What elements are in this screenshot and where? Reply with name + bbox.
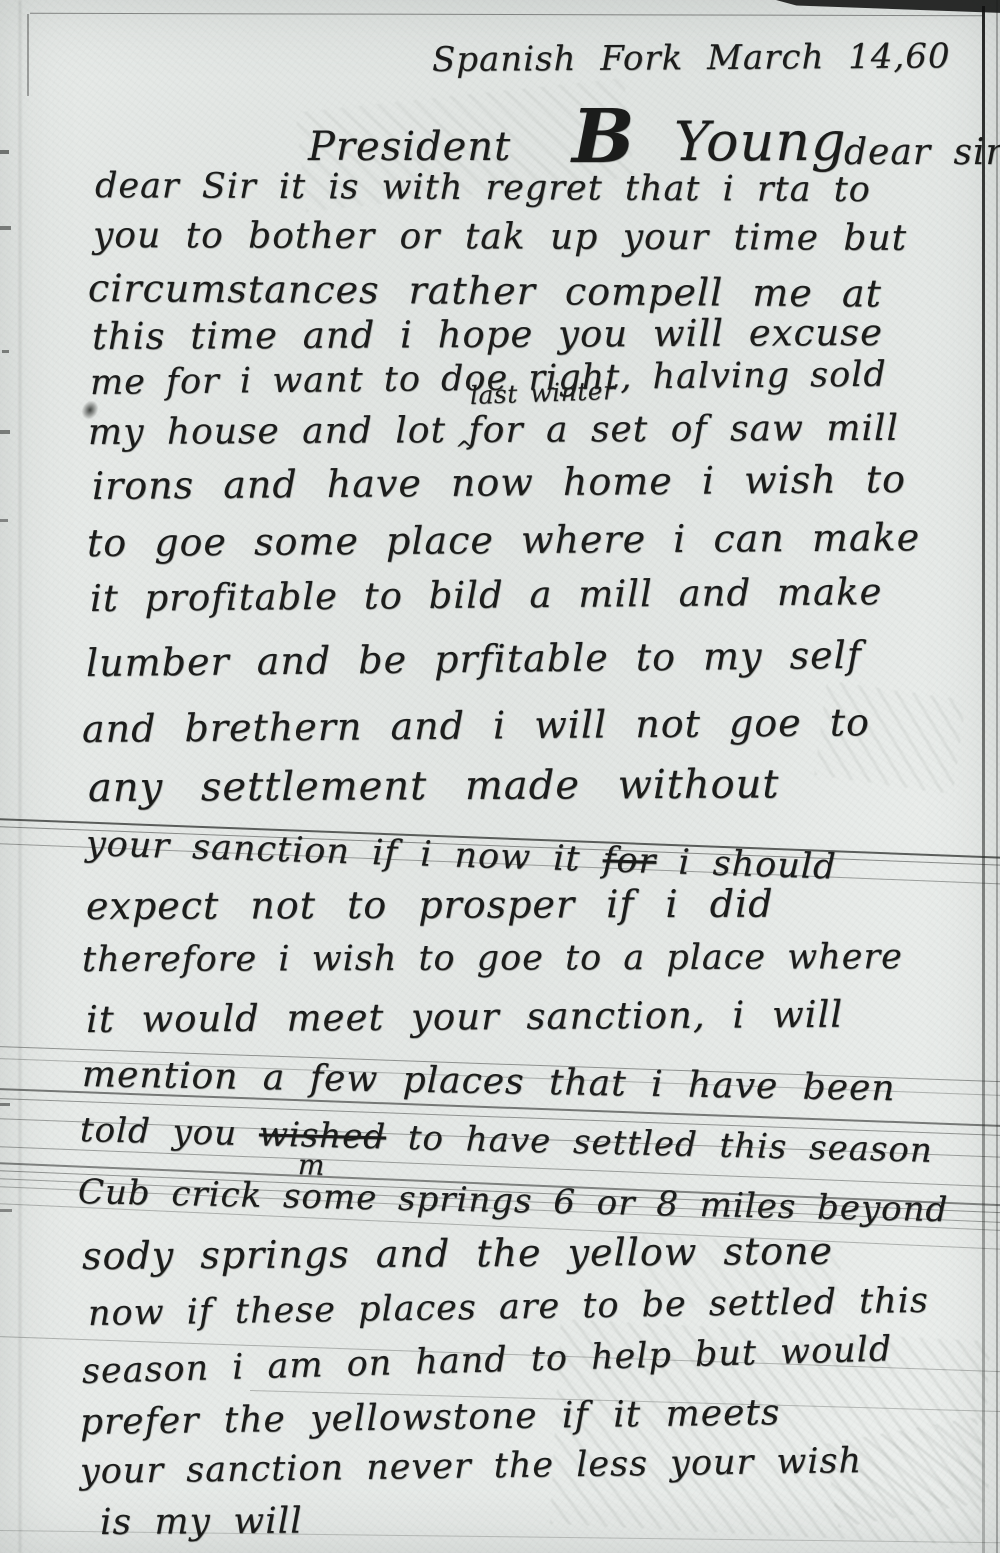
letter-line: expect not to prosper if i did (86, 882, 774, 928)
dateline: Spanish Fork March 14,60 (432, 36, 951, 80)
addressee-suffix: dear sir (844, 132, 1000, 173)
letter-line-text: told you (80, 1110, 260, 1154)
letter-line: and brethern and i will not goe to (82, 700, 870, 751)
letter-line: it profitable to bild a mill and make (90, 570, 883, 620)
letter-line: any settlement made without (88, 761, 780, 811)
letter-line: my house and lot for a set of saw mill (88, 408, 899, 453)
letter-line: this time and i hope you will excuse (92, 311, 883, 358)
left-edge-mark (0, 150, 9, 154)
left-edge-mark (0, 430, 10, 434)
addressee-initial: B (572, 94, 636, 180)
letter-line: sody springs and the yellow stone (82, 1229, 833, 1278)
letter-line: told you wished to have settled this sea… (80, 1110, 934, 1171)
letter-line: Cub crick some springs 6 or 8 miles beyo… (78, 1172, 949, 1230)
letter-line-text: your sanction if i now it (85, 824, 603, 880)
letter-line: to goe some place where i can make (87, 515, 920, 565)
letter-line: it would meet your sanction, i will (86, 993, 843, 1041)
paper-edge-corner (27, 14, 29, 96)
letter-line: your sanction if i now it for i should (85, 824, 837, 888)
letter-line: lumber and be prfitable to my self (86, 633, 862, 685)
left-edge-mark (0, 519, 8, 522)
letter-line: is my will (100, 1501, 303, 1543)
fold-crease-left (19, 0, 21, 1553)
struck-word: for (602, 840, 657, 882)
interlinear-insertion: last winter (469, 376, 615, 410)
letter-line: prefer the yellowstone if it meets (80, 1392, 781, 1443)
letter-line: you to bother or tak up your time but (93, 215, 907, 259)
left-edge-mark (2, 350, 9, 353)
letter-line: your sanction never the less your wish (80, 1441, 863, 1492)
letter-line: circumstances rather compell me at (88, 266, 882, 316)
left-edge-mark (0, 1103, 10, 1106)
left-edge-mark (0, 1209, 12, 1212)
letter-line: mention a few places that i have been (82, 1054, 896, 1109)
paper-edge-top (30, 13, 982, 16)
letter-line: irons and have now home i wish to (92, 457, 906, 508)
caret-mark: ^ (455, 438, 474, 463)
scan-edge-right (982, 6, 985, 1553)
scan-mark-top-right (776, 0, 1000, 13)
letter-line-text: to have settled this season (386, 1117, 934, 1170)
addressee-president: President (308, 124, 511, 170)
letter-line: now if these places are to be settled th… (88, 1281, 929, 1334)
letter-page: Spanish Fork March 14,60 President B You… (0, 0, 1000, 1553)
addressee-surname: Young (674, 110, 847, 173)
scan-edge-right-outer (996, 0, 998, 1553)
letter-line: season i am on hand to help but would (81, 1329, 892, 1392)
letter-line: therefore i wish to goe to a place where (82, 937, 903, 980)
letter-line: dear Sir it is with regret that i rta to (95, 166, 871, 210)
left-edge-mark (0, 226, 11, 230)
